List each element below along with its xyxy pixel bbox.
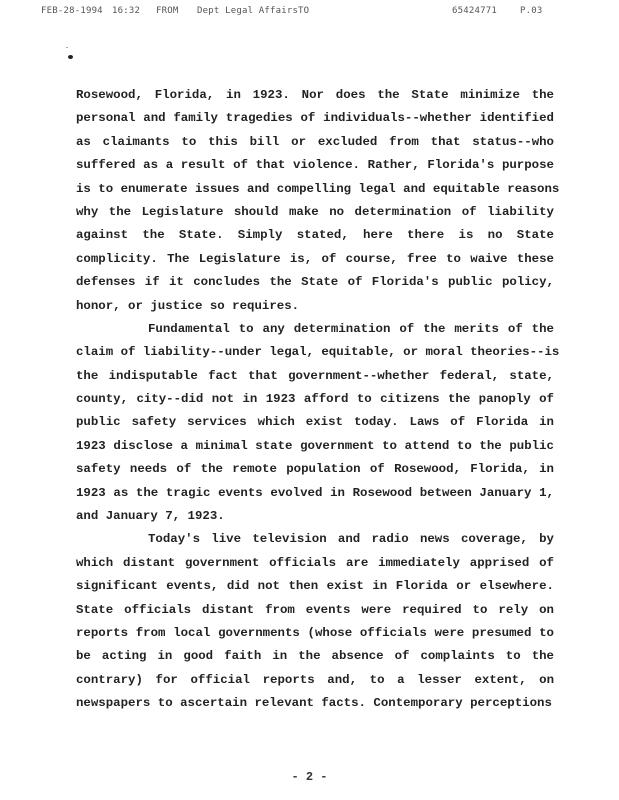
fax-to-label: TO (298, 6, 309, 16)
document-body: Rosewood, Florida, in 1923. Nor does the… (76, 84, 554, 716)
text-line: which distant government officials are i… (76, 552, 554, 575)
text-line: 1923 disclose a minimal state government… (76, 435, 554, 458)
fax-sender: Dept Legal Affairs (197, 6, 298, 16)
text-line: as claimants to this bill or excluded fr… (76, 131, 554, 154)
paragraph: Today's live television and radio news c… (76, 528, 554, 715)
text-line: Today's live television and radio news c… (76, 528, 554, 551)
text-line: State officials distant from events were… (76, 599, 554, 622)
text-line: defenses if it concludes the State of Fl… (76, 271, 554, 294)
text-line: personal and family tragedies of individ… (76, 107, 554, 130)
text-line: honor, or justice so requires. (76, 295, 554, 318)
text-line: and January 7, 1923. (76, 505, 554, 528)
text-line: against the State. Simply stated, here t… (76, 224, 554, 247)
text-line: Rosewood, Florida, in 1923. Nor does the… (76, 84, 554, 107)
text-line: Fundamental to any determination of the … (76, 318, 554, 341)
fax-time: 16:32 (112, 6, 140, 16)
fax-date: FEB-28-1994 (41, 6, 103, 16)
paragraph: Rosewood, Florida, in 1923. Nor does the… (76, 84, 554, 318)
text-line: significant events, did not then exist i… (76, 575, 554, 598)
text-line: contrary) for official reports and, to a… (76, 669, 554, 692)
text-line: newspapers to ascertain relevant facts. … (76, 692, 554, 715)
fax-number: 65424771 (452, 6, 497, 16)
text-line: is to enumerate issues and compelling le… (76, 178, 554, 201)
fax-transmission-header: FEB-28-1994 16:32 FROM Dept Legal Affair… (0, 4, 619, 18)
text-line: be acting in good faith in the absence o… (76, 645, 554, 668)
text-line: county, city--did not in 1923 afford to … (76, 388, 554, 411)
scan-speck (66, 47, 68, 48)
text-line: complicity. The Legislature is, of cours… (76, 248, 554, 271)
text-line: 1923 as the tragic events evolved in Ros… (76, 482, 554, 505)
text-line: safety needs of the remote population of… (76, 458, 554, 481)
paragraph: Fundamental to any determination of the … (76, 318, 554, 529)
fax-from-label: FROM (156, 6, 178, 16)
scan-speck (68, 55, 73, 59)
text-line: why the Legislature should make no deter… (76, 201, 554, 224)
text-line: claim of liability--under legal, equitab… (76, 341, 554, 364)
text-line: suffered as a result of that violence. R… (76, 154, 554, 177)
text-line: the indisputable fact that government--w… (76, 365, 554, 388)
text-line: reports from local governments (whose of… (76, 622, 554, 645)
fax-page: P.03 (520, 6, 542, 16)
page-number: - 2 - (0, 770, 619, 784)
text-line: public safety services which exist today… (76, 411, 554, 434)
